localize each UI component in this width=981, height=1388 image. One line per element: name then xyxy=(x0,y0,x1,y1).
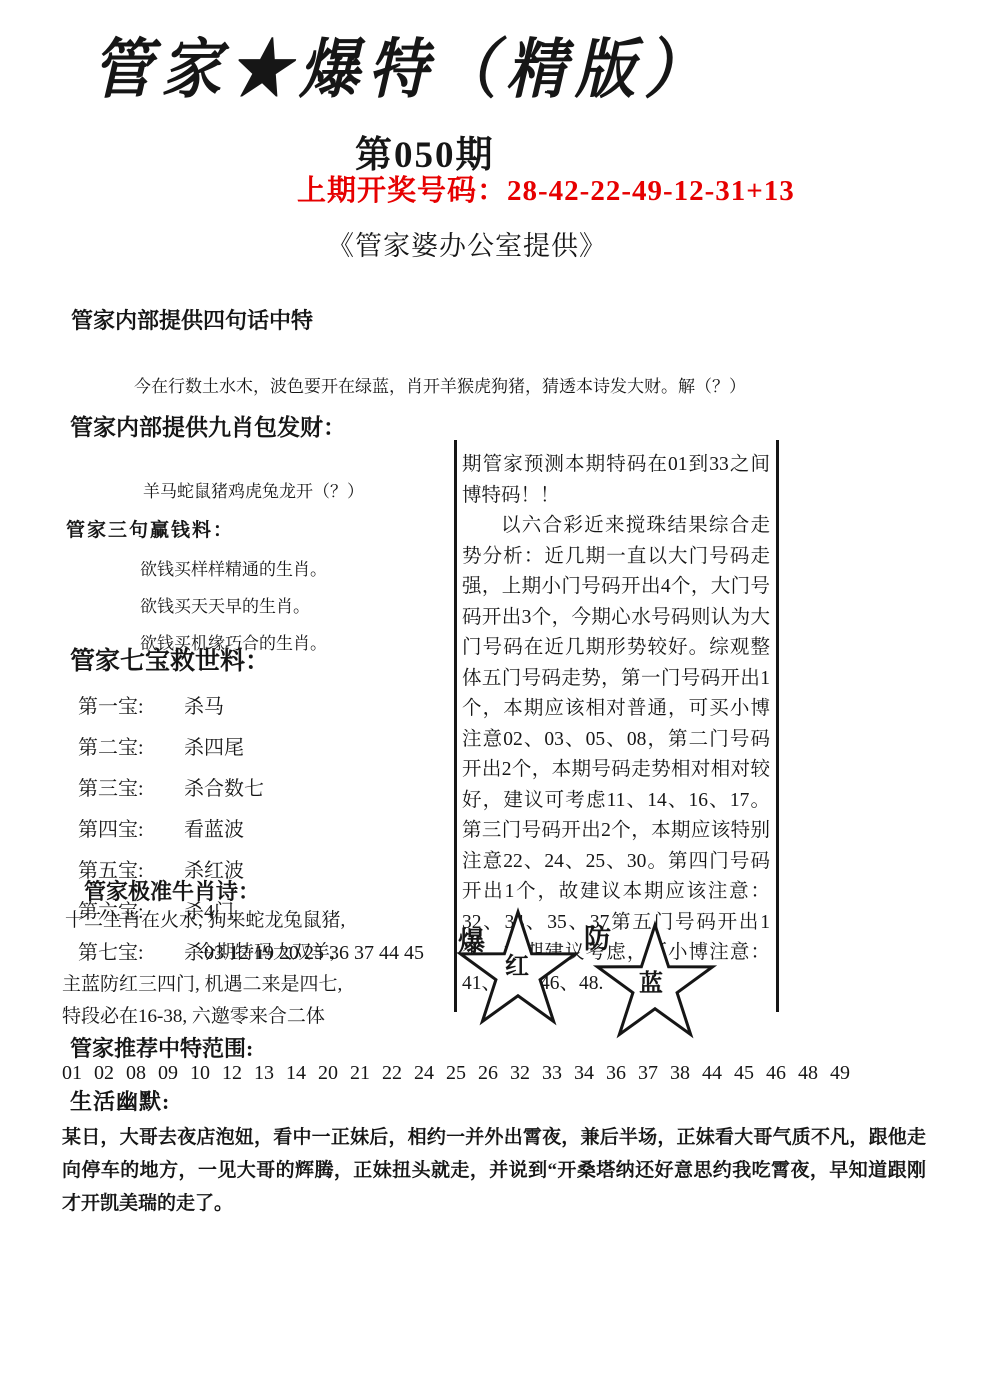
treasure-label: 第四宝: xyxy=(78,810,170,851)
zodiac-poem-line: 十二生肖在火水, 狗来蛇龙兔鼠猪, xyxy=(65,905,345,932)
treasure-value: 杀合数七 xyxy=(184,778,264,800)
section-header-three-money: 管家三句赢钱料： xyxy=(66,515,234,542)
zodiac-poem-line: 特段必在16-38, 六邀零来合二体 xyxy=(62,1001,325,1028)
treasure-row: 第三宝:杀合数七 xyxy=(78,769,424,810)
zodiac-poem-line: 主蓝防红三四门, 机遇二来是四七, xyxy=(62,969,342,996)
treasure-value: 杀马 xyxy=(184,696,224,718)
page-title: 管家★爆特（精版） xyxy=(92,18,892,111)
section-header-zodiac-poem: 管家极准牛肖诗： xyxy=(84,875,260,906)
star-label-lan: 蓝 xyxy=(639,963,663,998)
three-money-line: 欲钱买天天早的生肖。 xyxy=(140,588,327,625)
treasure-value: 杀四尾 xyxy=(184,737,244,759)
analysis-paragraph-1: 期管家预测本期特码在01到33之间博特码！！ xyxy=(462,450,770,511)
section-header-seven-treasures: 管家七宝救世料： xyxy=(70,641,270,677)
nine-zodiac-line: 羊马蛇鼠猪鸡虎兔龙开（？） xyxy=(143,477,364,502)
star-label-fang: 防 xyxy=(584,917,611,956)
treasure-row: 第一宝:杀马 xyxy=(78,687,424,728)
lottery-tip-sheet: 管家★爆特（精版） 第050期 上期开奖号码：28-42-22-49-12-31… xyxy=(0,0,981,1388)
three-money-line: 欲钱买样样精通的生肖。 xyxy=(140,551,327,588)
star-label-bao: 爆 xyxy=(458,920,485,959)
treasure-row: 第四宝:看蓝波 xyxy=(78,810,424,851)
provider-note: 《管家婆办公室提供》 xyxy=(327,224,607,263)
zodiac-poem-line: 今期特码大双羊, xyxy=(197,937,335,964)
treasure-label: 第二宝: xyxy=(78,728,170,769)
recommend-numbers: 01 02 08 09 10 12 13 14 20 21 22 24 25 2… xyxy=(62,1062,850,1085)
humor-text: 某日，大哥去夜店泡妞，看中一正妹后，相约一并外出霄夜，兼后半场，正妹看大哥气质不… xyxy=(62,1121,926,1220)
section-header-recommend-range: 管家推荐中特范围: xyxy=(70,1032,253,1063)
section-header-four-sentence: 管家内部提供四句话中特 xyxy=(71,304,313,335)
treasure-label: 第三宝: xyxy=(78,769,170,810)
panel-right-border xyxy=(776,440,779,1012)
treasure-label: 第七宝: xyxy=(78,933,170,974)
section-header-humor: 生活幽默: xyxy=(70,1085,170,1116)
star-label-hong: 红 xyxy=(505,946,529,981)
last-draw-numbers: 上期开奖号码：28-42-22-49-12-31+13 xyxy=(297,168,795,209)
section-header-nine-zodiac: 管家内部提供九肖包发财： xyxy=(70,409,346,442)
treasure-label: 第一宝: xyxy=(78,687,170,728)
treasure-value: 看蓝波 xyxy=(184,819,244,841)
treasure-row: 第二宝:杀四尾 xyxy=(78,728,424,769)
four-sentence-line: 今在行数土水木，波色要开在绿蓝，肖开羊猴虎狗猪，猜透本诗发大财。解（？） xyxy=(134,372,746,397)
